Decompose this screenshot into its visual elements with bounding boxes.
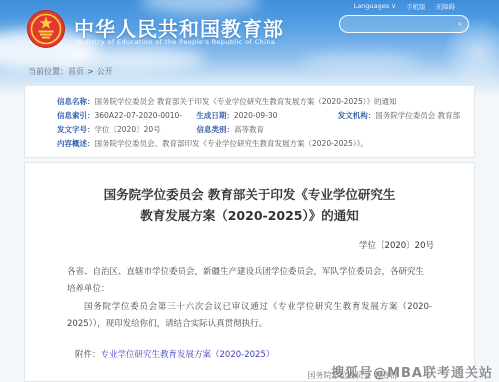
document-content: 国务院学位委员会 教育部关于印发《专业学位研究生 教育发展方案（2020-202… — [24, 162, 475, 382]
info-row-docno-category: 发文字号： 学位〔2020〕20号 信息类别： 高等教育 — [57, 123, 460, 137]
attachment-link[interactable]: 专业学位研究生教育发展方案（2020-2025） — [101, 350, 275, 360]
info-agency-label: 发文机构： — [338, 109, 376, 123]
breadcrumb-separator: > — [87, 67, 94, 76]
page: 中华人民共和国教育部 Ministry of Education of the … — [0, 0, 499, 382]
search-box[interactable] — [339, 15, 469, 33]
info-summary-value: 国务院学位委员会、教育部印发《专业学位研究生教育发展方案（2020-2025）》… — [95, 137, 368, 151]
sohu-watermark: 搜狐号@MBA联考通关站 — [331, 362, 493, 381]
info-index-value: 360A22-07-2020-0010-1 — [95, 109, 183, 123]
salutation: 各省、自治区、直辖市学位委员会，新疆生产建设兵团学位委员会，军队学位委员会，各研… — [67, 264, 432, 297]
national-emblem-logo[interactable] — [26, 9, 66, 49]
document-number: 学位〔2020〕20号 — [25, 239, 474, 251]
info-row-summary: 内容概述： 国务院学位委员会、教育部印发《专业学位研究生教育发展方案（2020-… — [57, 137, 460, 151]
info-index-label: 信息索引： — [57, 109, 95, 123]
breadcrumb-home[interactable]: 首页 — [68, 67, 84, 76]
info-category-label: 信息类别： — [197, 123, 235, 137]
info-name-value: 国务院学位委员会 教育部关于印发《专业学位研究生教育发展方案（2020-2025… — [95, 95, 397, 109]
cloud-decoration — [300, 52, 420, 70]
attachment-label: 附件： — [75, 350, 101, 360]
info-docno-value: 学位〔2020〕20号 — [95, 123, 183, 137]
site-subtitle: Ministry of Education of the People's Re… — [76, 38, 275, 46]
attachment-line: 附件：专业学位研究生教育发展方案（2020-2025） — [25, 348, 474, 360]
info-category-value: 高等教育 — [234, 123, 264, 137]
header-banner: 中华人民共和国教育部 Ministry of Education of the … — [0, 0, 499, 96]
breadcrumb-prefix: 当前位置： — [28, 67, 68, 76]
breadcrumb-public[interactable]: 公开 — [97, 67, 113, 76]
info-name-label: 信息名称： — [57, 95, 95, 109]
info-docno-label: 发文字号： — [57, 123, 95, 137]
search-icon[interactable] — [458, 19, 462, 29]
search-input[interactable] — [340, 16, 458, 32]
document-info-table: 信息名称： 国务院学位委员会 教育部关于印发《专业学位研究生教育发展方案（202… — [24, 85, 475, 158]
info-agency-value: 国务院学位委员会 教育部 — [375, 109, 460, 123]
info-summary-label: 内容概述： — [57, 137, 95, 151]
info-date-label: 生成日期： — [196, 109, 234, 123]
document-body: 各省、自治区、直辖市学位委员会，新疆生产建设兵团学位委员会，军队学位委员会，各研… — [25, 264, 474, 332]
document-title-line2: 教育发展方案（2020-2025）》的通知 — [25, 206, 474, 227]
document-title: 国务院学位委员会 教育部关于印发《专业学位研究生 教育发展方案（2020-202… — [25, 185, 474, 226]
info-row-index-date-agency: 信息索引： 360A22-07-2020-0010-1 生成日期： 2020-0… — [57, 109, 460, 123]
breadcrumb: 当前位置：首页>公开 — [28, 66, 113, 77]
body-paragraph: 国务院学位委员会第三十六次会议已审议通过《专业学位研究生教育发展方案（2020-… — [67, 299, 432, 332]
info-date-value: 2020-09-30 — [234, 109, 312, 123]
top-utility-links: Languages ∨ 手机版 无障碍 — [354, 2, 455, 11]
language-menu[interactable]: Languages ∨ — [354, 2, 396, 11]
document-title-line1: 国务院学位委员会 教育部关于印发《专业学位研究生 — [25, 185, 474, 206]
cloud-decoration — [140, 0, 260, 14]
mobile-version-link[interactable]: 手机版 — [406, 2, 426, 11]
accessibility-link[interactable]: 无障碍 — [436, 2, 456, 11]
info-row-name: 信息名称： 国务院学位委员会 教育部关于印发《专业学位研究生教育发展方案（202… — [57, 95, 460, 109]
